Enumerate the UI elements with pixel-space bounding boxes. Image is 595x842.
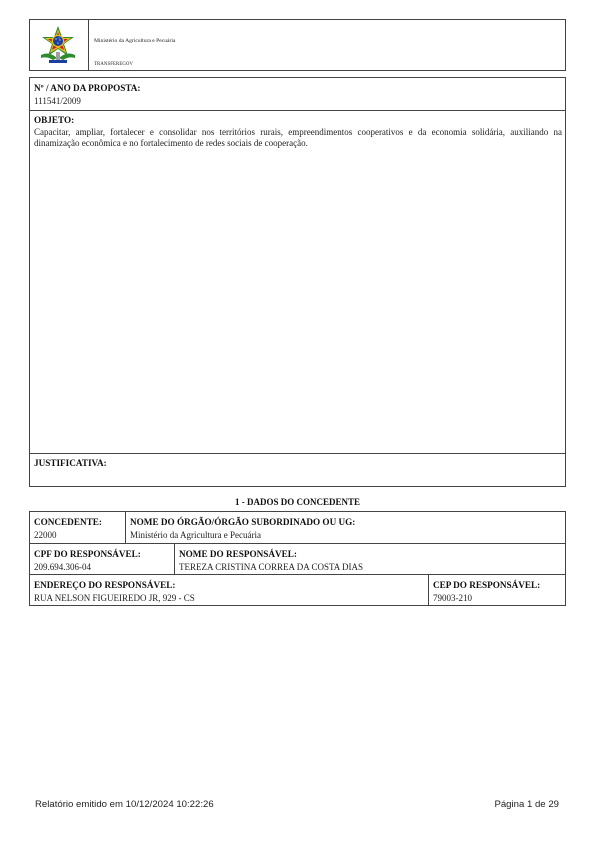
concedente-label: CONCEDENTE: <box>34 517 102 528</box>
concedente-cell: CONCEDENTE: 22000 <box>30 512 126 543</box>
object-value: Capacitar, ampliar, fortalecer e consoli… <box>34 127 562 149</box>
justification-section: JUSTIFICATIVA: <box>29 453 566 487</box>
table-row: ENDEREÇO DO RESPONSÁVEL: RUA NELSON FIGU… <box>30 575 565 605</box>
address-cell: ENDEREÇO DO RESPONSÁVEL: RUA NELSON FIGU… <box>30 575 429 605</box>
orgao-value: Ministério da Agricultura e Pecuária <box>130 530 261 541</box>
report-header: Ministério da Agricultura e Pecuária TRA… <box>29 19 566 71</box>
cep-label: CEP DO RESPONSÁVEL: <box>433 580 540 591</box>
organization-name: Ministério da Agricultura e Pecuária <box>94 38 175 44</box>
proposal-number-value: 111541/2009 <box>34 96 81 107</box>
system-name: TRANSFEREGOV <box>94 62 133 67</box>
cpf-cell: CPF DO RESPONSÁVEL: 209.694.306-04 <box>30 544 175 574</box>
address-label: ENDEREÇO DO RESPONSÁVEL: <box>34 580 175 591</box>
responsible-name-value: TEREZA CRISTINA CORREA DA COSTA DIAS <box>179 562 363 573</box>
concedente-table: CONCEDENTE: 22000 NOME DO ÓRGÃO/ÓRGÃO SU… <box>29 511 566 606</box>
object-label: OBJETO: <box>34 115 74 126</box>
table-row: CPF DO RESPONSÁVEL: 209.694.306-04 NOME … <box>30 544 565 575</box>
report-issued-timestamp: Relatório emitido em 10/12/2024 10:22:26 <box>35 799 214 810</box>
brazil-coat-of-arms-icon <box>37 25 79 65</box>
address-value: RUA NELSON FIGUEIREDO JR, 929 - CS <box>34 593 195 604</box>
proposal-number-label: Nº / ANO DA PROPOSTA: <box>34 83 140 94</box>
orgao-label: NOME DO ÓRGÃO/ÓRGÃO SUBORDINADO OU UG: <box>130 517 355 528</box>
section-title-concedente: 1 - DADOS DO CONCEDENTE <box>29 497 566 507</box>
page-number: Página 1 de 29 <box>494 799 559 810</box>
cpf-value: 209.694.306-04 <box>34 562 91 573</box>
responsible-name-cell: NOME DO RESPONSÁVEL: TEREZA CRISTINA COR… <box>174 544 565 574</box>
cpf-label: CPF DO RESPONSÁVEL: <box>34 549 141 560</box>
logo-cell <box>30 20 89 70</box>
table-row: CONCEDENTE: 22000 NOME DO ÓRGÃO/ÓRGÃO SU… <box>30 512 565 544</box>
orgao-cell: NOME DO ÓRGÃO/ÓRGÃO SUBORDINADO OU UG: M… <box>125 512 565 543</box>
object-section: OBJETO: Capacitar, ampliar, fortalecer e… <box>29 110 566 454</box>
cep-cell: CEP DO RESPONSÁVEL: 79003-210 <box>428 575 565 605</box>
responsible-name-label: NOME DO RESPONSÁVEL: <box>179 549 297 560</box>
concedente-value: 22000 <box>34 530 57 541</box>
cep-value: 79003-210 <box>433 593 472 604</box>
proposal-number-section: Nº / ANO DA PROPOSTA: 111541/2009 <box>29 77 566 110</box>
justification-label: JUSTIFICATIVA: <box>34 458 107 469</box>
